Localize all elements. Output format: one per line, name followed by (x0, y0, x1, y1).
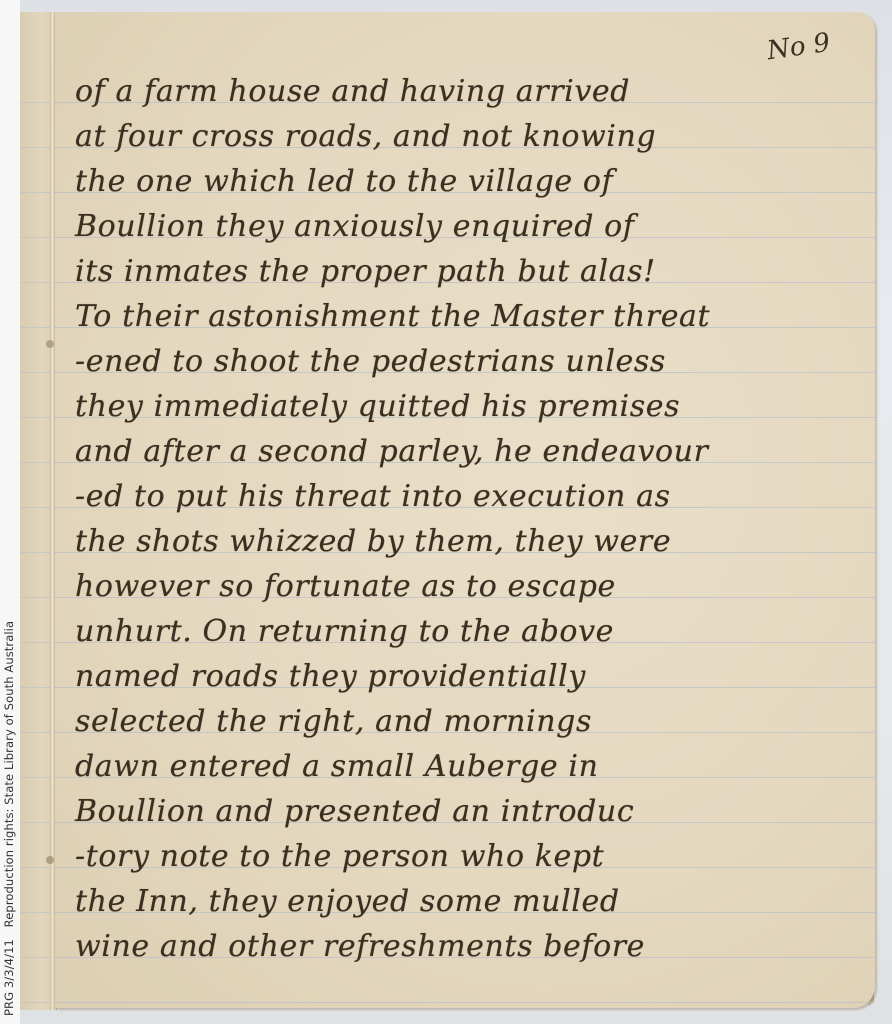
facing-page-ruled-line (20, 282, 50, 283)
facing-page-ruled-line (20, 237, 50, 238)
notebook-page: No 9 of a farm house and having arrived … (55, 12, 875, 1008)
credit-strip: PRG 3/3/4/11 Reproduction rights: State … (0, 0, 20, 1024)
text-line: the Inn, they enjoyed some mulled (75, 885, 875, 919)
text-line: and after a second parley, he endeavour (75, 435, 875, 469)
facing-page-ruled-line (20, 327, 50, 328)
binding-stitch (46, 340, 54, 348)
facing-page-ruled-line (20, 192, 50, 193)
facing-page-ruled-line (20, 552, 50, 553)
facing-page-ruled-line (20, 642, 50, 643)
text-line: -tory note to the person who kept (75, 840, 875, 874)
page-number: No 9 (765, 28, 832, 67)
facing-page-ruled-line (20, 822, 50, 823)
text-line: selected the right, and mornings (75, 705, 875, 739)
text-line: -ened to shoot the pedestrians unless (75, 345, 875, 379)
facing-page-ruled-line (20, 462, 50, 463)
text-line: To their astonishment the Master threat (75, 300, 875, 334)
text-line: wine and other refreshments before (75, 930, 875, 964)
facing-page-ruled-line (20, 507, 50, 508)
facing-page-ruled-line (20, 102, 50, 103)
text-line: of a farm house and having arrived (75, 75, 875, 109)
text-line: at four cross roads, and not knowing (75, 120, 875, 154)
archive-reference: PRG 3/3/4/11 (2, 939, 16, 1016)
facing-page-ruled-line (20, 912, 50, 913)
text-line: Boullion and presented an introduc (75, 795, 875, 829)
text-line: they immediately quitted his premises (75, 390, 875, 424)
text-line: its inmates the proper path but alas! (75, 255, 875, 289)
text-line: the one which led to the village of (75, 165, 875, 199)
facing-page-ruled-line (20, 732, 50, 733)
text-line: dawn entered a small Auberge in (75, 750, 875, 784)
facing-page-ruled-line (20, 1002, 50, 1003)
facing-page-ruled-line (20, 372, 50, 373)
facing-page-ruled-line (20, 417, 50, 418)
rights-credit: PRG 3/3/4/11 Reproduction rights: State … (2, 621, 16, 1016)
facing-page-ruled-line (20, 687, 50, 688)
binding-stitch (46, 856, 54, 864)
text-line: -ed to put his threat into execution as (75, 480, 875, 514)
facing-page-ruled-line (20, 777, 50, 778)
text-line: named roads they providentially (75, 660, 875, 694)
text-line: however so fortunate as to escape (75, 570, 875, 604)
reproduction-rights: Reproduction rights: State Library of So… (2, 621, 16, 927)
text-line: unhurt. On returning to the above (75, 615, 875, 649)
text-line: Boullion they anxiously enquired of (75, 210, 875, 244)
ruled-line (55, 1002, 875, 1003)
text-line: the shots whizzed by them, they were (75, 525, 875, 559)
facing-page-ruled-line (20, 147, 50, 148)
facing-page-ruled-line (20, 597, 50, 598)
facing-page-ruled-line (20, 867, 50, 868)
facing-page-ruled-line (20, 957, 50, 958)
